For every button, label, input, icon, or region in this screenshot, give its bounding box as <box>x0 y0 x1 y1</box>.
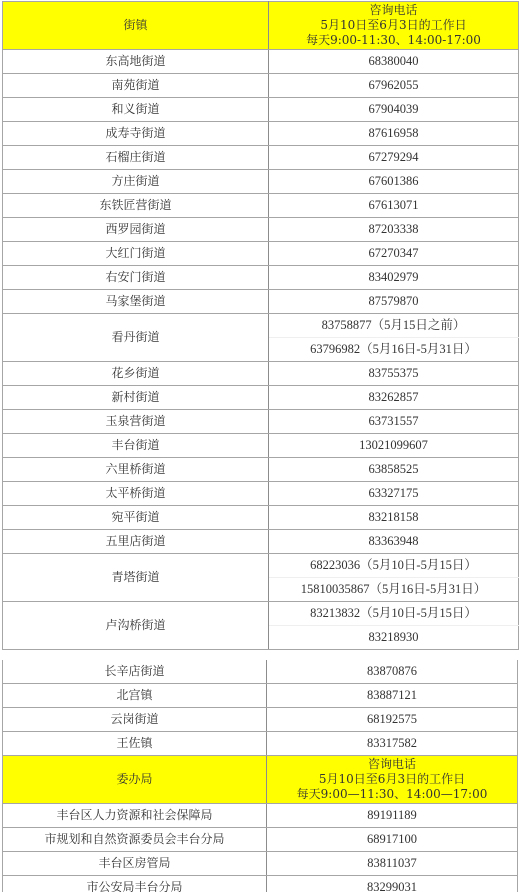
phone-number: 67904039 <box>269 98 519 122</box>
table-row-split: 卢沟桥街道 83213832（5月10日-5月15日） <box>3 602 519 626</box>
header-phone: 咨询电话 5月10日至6月3日的工作日 每天9:00—11:30、14:00—1… <box>267 756 518 804</box>
bureau-name: 市公安局丰台分局 <box>3 876 267 892</box>
table-row: 市规划和自然资源委员会丰台分局 68917100 <box>3 828 518 852</box>
phone-number: 83317582 <box>267 732 518 756</box>
phone-number: 83870876 <box>267 660 518 684</box>
table-row: 南苑街道 67962055 <box>3 74 519 98</box>
phone-number: 63327175 <box>269 482 519 506</box>
table-row: 马家堡街道 87579870 <box>3 290 519 314</box>
bureau-name: 丰台区房管局 <box>3 852 267 876</box>
phone-number: 83218158 <box>269 506 519 530</box>
table-row: 宛平街道 83218158 <box>3 506 519 530</box>
street-name: 东铁匠营街道 <box>3 194 269 218</box>
street-name: 右安门街道 <box>3 266 269 290</box>
phone-number: 68192575 <box>267 708 518 732</box>
street-name: 西罗园街道 <box>3 218 269 242</box>
bureau-header-row: 委办局 咨询电话 5月10日至6月3日的工作日 每天9:00—11:30、14:… <box>3 756 518 804</box>
street-name: 丰台街道 <box>3 434 269 458</box>
table-row: 丰台区房管局 83811037 <box>3 852 518 876</box>
table-row-split: 看丹街道 83758877（5月15日之前） <box>3 314 519 338</box>
street-name: 卢沟桥街道 <box>3 602 269 650</box>
street-name: 新村街道 <box>3 386 269 410</box>
phone-number: 89191189 <box>267 804 518 828</box>
street-name: 石榴庄街道 <box>3 146 269 170</box>
street-name: 方庄街道 <box>3 170 269 194</box>
phone-number: 68380040 <box>269 50 519 74</box>
phone-number: 68223036（5月10日-5月15日） <box>269 554 519 578</box>
table-header-row: 街镇 咨询电话 5月10日至6月3日的工作日 每天9:00-11:30、14:0… <box>3 2 519 50</box>
phone-number: 67613071 <box>269 194 519 218</box>
table-row: 右安门街道 83402979 <box>3 266 519 290</box>
table-row: 玉泉营街道 63731557 <box>3 410 519 434</box>
street-name: 马家堡街道 <box>3 290 269 314</box>
phone-number: 67279294 <box>269 146 519 170</box>
table-row: 西罗园街道 87203338 <box>3 218 519 242</box>
street-and-bureau-contact-table: 长辛店街道 83870876 北宫镇 83887121 云岗街道 6819257… <box>2 660 518 892</box>
header-phone-title: 咨询电话 <box>269 3 518 18</box>
street-name: 长辛店街道 <box>3 660 267 684</box>
street-name: 六里桥街道 <box>3 458 269 482</box>
table-row: 花乡街道 83755375 <box>3 362 519 386</box>
street-name: 云岗街道 <box>3 708 267 732</box>
header-street: 街镇 <box>3 2 269 50</box>
header-phone-hours: 每天9:00—11:30、14:00—17:00 <box>267 787 517 802</box>
table-row: 东高地街道 68380040 <box>3 50 519 74</box>
table-row: 五里店街道 83363948 <box>3 530 519 554</box>
table-row: 大红门街道 67270347 <box>3 242 519 266</box>
street-name: 看丹街道 <box>3 314 269 362</box>
phone-number: 87203338 <box>269 218 519 242</box>
header-phone-dates: 5月10日至6月3日的工作日 <box>267 772 517 787</box>
table-row: 丰台区人力资源和社会保障局 89191189 <box>3 804 518 828</box>
bureau-name: 丰台区人力资源和社会保障局 <box>3 804 267 828</box>
table-row: 石榴庄街道 67279294 <box>3 146 519 170</box>
phone-number: 83213832（5月10日-5月15日） <box>269 602 519 626</box>
phone-number: 87579870 <box>269 290 519 314</box>
phone-number: 83758877（5月15日之前） <box>269 314 519 338</box>
phone-number: 83262857 <box>269 386 519 410</box>
table-row: 王佐镇 83317582 <box>3 732 518 756</box>
phone-number: 15810035867（5月16日-5月31日） <box>269 578 519 602</box>
phone-number: 63796982（5月16日-5月31日） <box>269 338 519 362</box>
phone-number: 68917100 <box>267 828 518 852</box>
street-name: 东高地街道 <box>3 50 269 74</box>
street-name: 青塔街道 <box>3 554 269 602</box>
phone-number: 83299031 <box>267 876 518 892</box>
header-phone-title: 咨询电话 <box>267 757 517 772</box>
phone-number: 83218930 <box>269 626 519 650</box>
bureau-name: 市规划和自然资源委员会丰台分局 <box>3 828 267 852</box>
table-row-split: 青塔街道 68223036（5月10日-5月15日） <box>3 554 519 578</box>
table-row: 长辛店街道 83870876 <box>3 660 518 684</box>
header-bureau: 委办局 <box>3 756 267 804</box>
street-name: 太平桥街道 <box>3 482 269 506</box>
table-row: 北宫镇 83887121 <box>3 684 518 708</box>
street-name: 宛平街道 <box>3 506 269 530</box>
street-name: 北宫镇 <box>3 684 267 708</box>
street-name: 王佐镇 <box>3 732 267 756</box>
phone-number: 63858525 <box>269 458 519 482</box>
street-name: 南苑街道 <box>3 74 269 98</box>
street-name: 花乡街道 <box>3 362 269 386</box>
phone-number: 67601386 <box>269 170 519 194</box>
street-contact-table: 街镇 咨询电话 5月10日至6月3日的工作日 每天9:00-11:30、14:0… <box>2 1 519 650</box>
phone-number: 67962055 <box>269 74 519 98</box>
phone-number: 83887121 <box>267 684 518 708</box>
table-row: 方庄街道 67601386 <box>3 170 519 194</box>
street-name: 玉泉营街道 <box>3 410 269 434</box>
table-row: 东铁匠营街道 67613071 <box>3 194 519 218</box>
street-name: 成寿寺街道 <box>3 122 269 146</box>
street-name: 大红门街道 <box>3 242 269 266</box>
phone-number: 67270347 <box>269 242 519 266</box>
phone-number: 83363948 <box>269 530 519 554</box>
header-phone: 咨询电话 5月10日至6月3日的工作日 每天9:00-11:30、14:00-1… <box>269 2 519 50</box>
phone-number: 87616958 <box>269 122 519 146</box>
phone-number: 83755375 <box>269 362 519 386</box>
street-name: 五里店街道 <box>3 530 269 554</box>
table-row: 丰台街道 13021099607 <box>3 434 519 458</box>
street-name: 和义街道 <box>3 98 269 122</box>
table-row: 和义街道 67904039 <box>3 98 519 122</box>
header-phone-hours: 每天9:00-11:30、14:00-17:00 <box>269 33 518 48</box>
phone-number: 83811037 <box>267 852 518 876</box>
table-row: 成寿寺街道 87616958 <box>3 122 519 146</box>
table-row: 新村街道 83262857 <box>3 386 519 410</box>
header-phone-dates: 5月10日至6月3日的工作日 <box>269 18 518 33</box>
table-row: 云岗街道 68192575 <box>3 708 518 732</box>
table-row: 太平桥街道 63327175 <box>3 482 519 506</box>
table-row: 市公安局丰台分局 83299031 <box>3 876 518 892</box>
phone-number: 83402979 <box>269 266 519 290</box>
table-row: 六里桥街道 63858525 <box>3 458 519 482</box>
phone-number: 13021099607 <box>269 434 519 458</box>
phone-number: 63731557 <box>269 410 519 434</box>
